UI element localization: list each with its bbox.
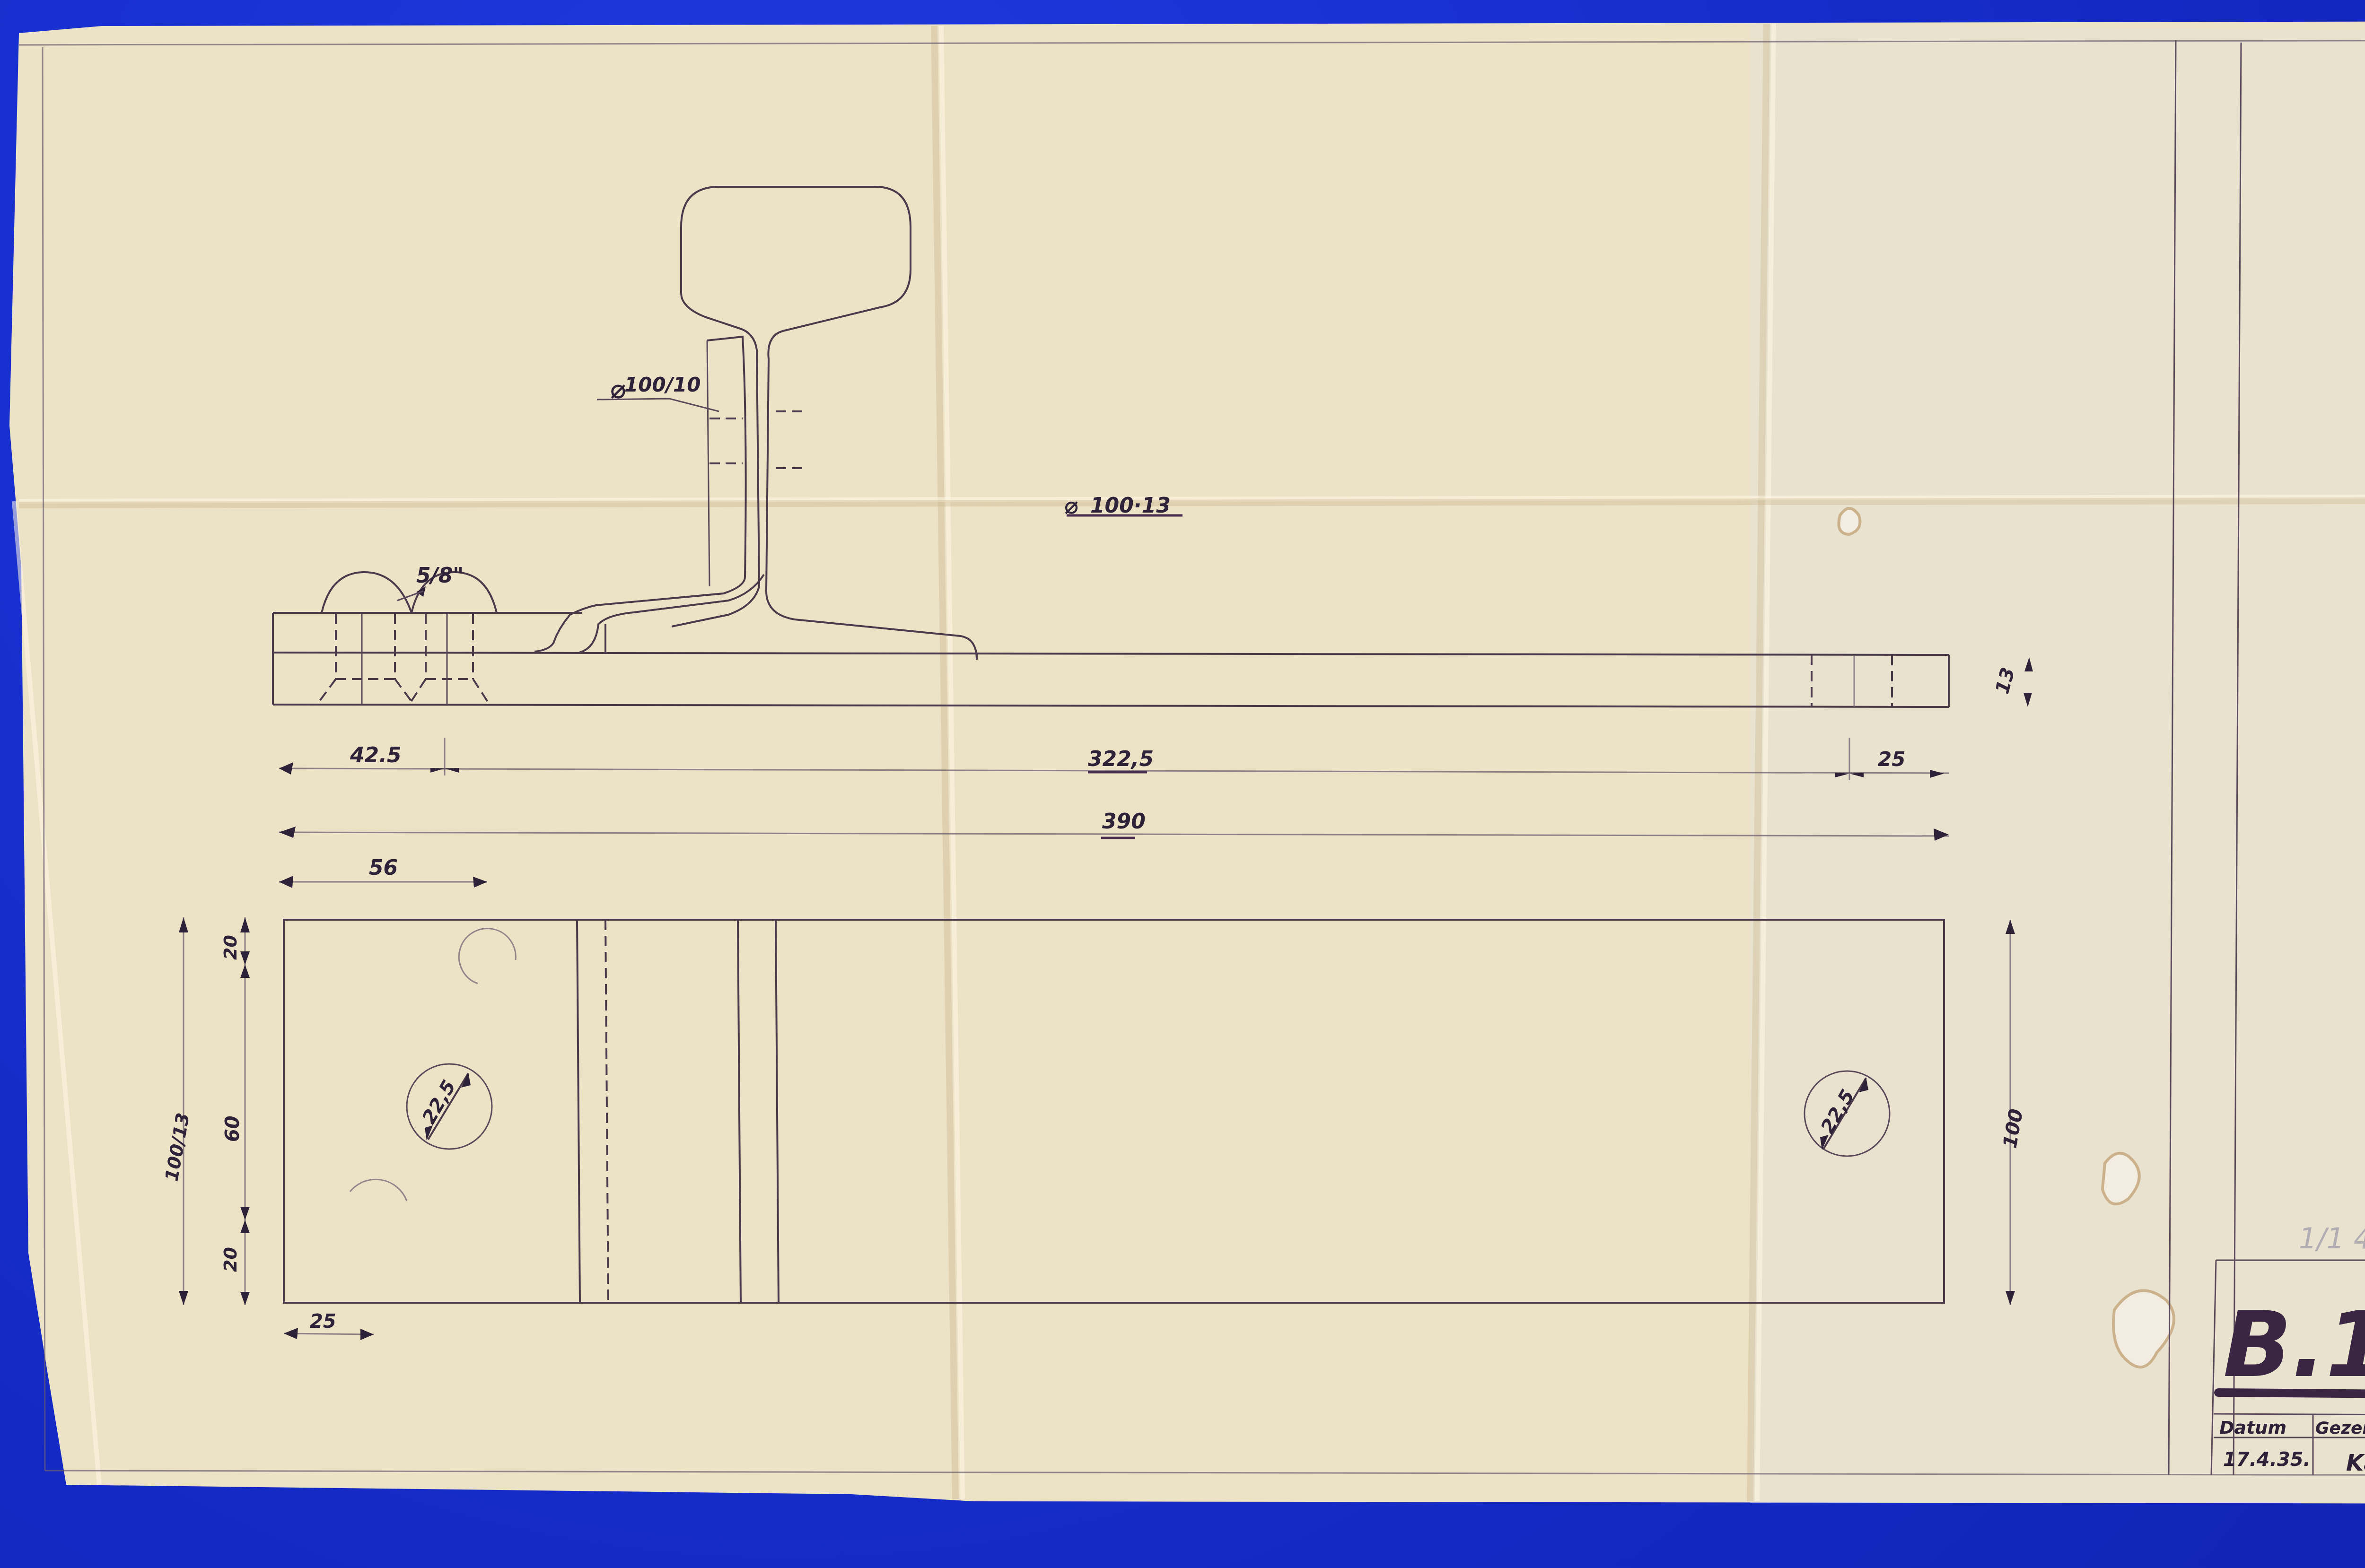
dim-25-bottom: 25	[310, 1311, 336, 1333]
drawing-number: B.1271	[2223, 1293, 2365, 1397]
date-label: Datum	[2219, 1417, 2286, 1438]
dim-390: 390	[1102, 810, 1146, 834]
web-plate-spec: 100/10	[624, 373, 701, 396]
dim-56: 56	[369, 856, 398, 880]
date-value: 17.4.35.	[2223, 1449, 2311, 1471]
technical-drawing-sheet: 100/10 ⌀ 5/8" 100·13 ⌀ 42.5 322,5 390 56…	[0, 0, 2365, 1568]
faint-archive-number: 1/1 4359	[2299, 1222, 2365, 1255]
dim-25-right: 25	[1878, 748, 1905, 771]
svg-text:⌀: ⌀	[610, 374, 626, 405]
title-block: 1/1 4359 B.1271 III Datum Gezeichn. 17.4…	[2211, 1222, 2365, 1476]
drawn-by-signature: Ka	[2346, 1450, 2365, 1476]
dim-20-bottom: 20	[220, 1247, 241, 1272]
bolt-size-label: 5/8"	[416, 564, 464, 588]
dim-42-5: 42.5	[350, 743, 402, 767]
base-plate-spec: 100·13	[1090, 494, 1171, 518]
dim-60: 60	[222, 1115, 244, 1142]
dim-20-top: 20	[220, 935, 241, 960]
dim-322-5: 322,5	[1088, 747, 1154, 771]
svg-text:⌀: ⌀	[1064, 492, 1078, 519]
drawn-by-label: Gezeichn.	[2315, 1419, 2365, 1438]
